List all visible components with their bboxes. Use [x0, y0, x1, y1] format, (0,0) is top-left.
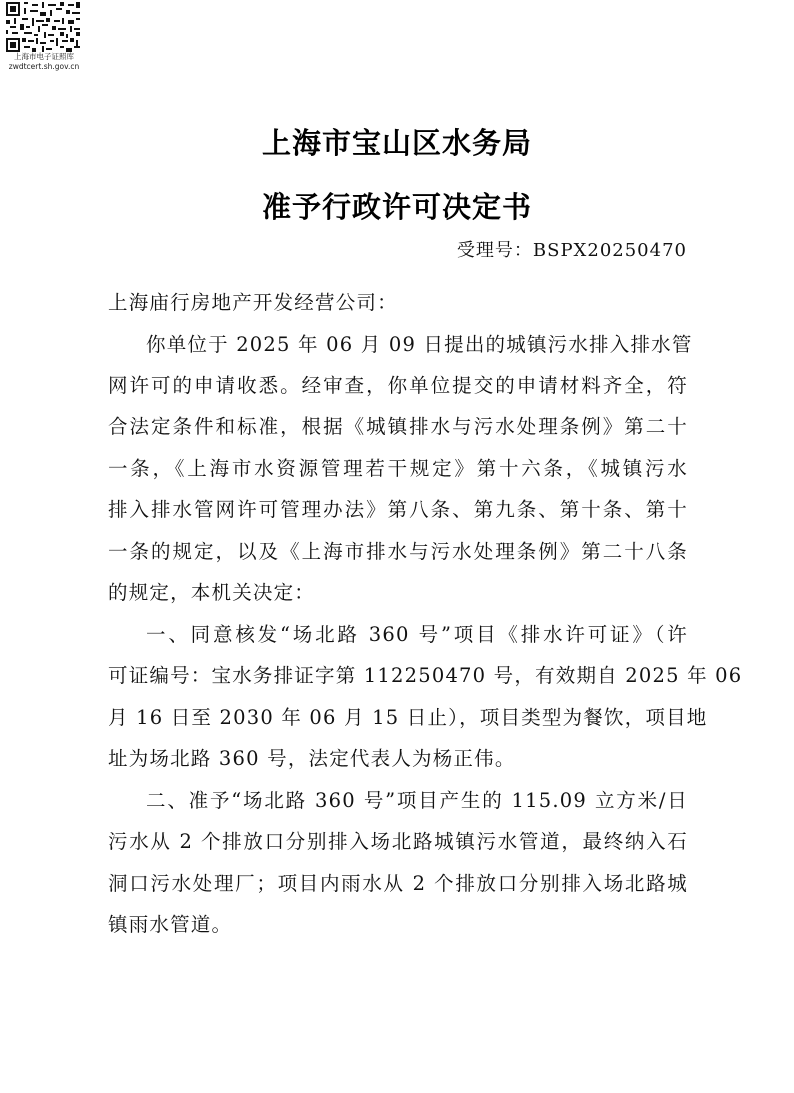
- acceptance-number: 受理号：BSPX20250470: [457, 236, 687, 262]
- paragraph-1-line: 一条的规定，以及《上海市排水与污水处理条例》第二十八条: [108, 536, 688, 564]
- paragraph-2-line: 址为场北路 360 号，法定代表人为杨正伟。: [108, 743, 688, 771]
- paragraph-1-line: 一条，《上海市水资源管理若干规定》第十六条，《城镇污水: [108, 453, 688, 481]
- paragraph-3-line: 镇雨水管道。: [108, 909, 688, 937]
- document-title: 准予行政许可决定书: [0, 185, 794, 226]
- qr-code-icon: [6, 2, 80, 52]
- paragraph-1-line: 排入排水管网许可管理办法》第八条、第九条、第十条、第十: [108, 494, 688, 522]
- paragraph-2-line: 一、同意核发“场北路 360 号”项目《排水许可证》（许: [146, 619, 688, 647]
- addressee: 上海庙行房地产开发经营公司：: [108, 287, 688, 315]
- paragraph-1-line: 网许可的申请收悉。经审查，你单位提交的申请材料齐全，符: [108, 370, 688, 398]
- paragraph-2-line: 月 16 日至 2030 年 06 月 15 日止），项目类型为餐饮，项目地: [108, 702, 688, 730]
- paragraph-1-line: 合法定条件和标准，根据《城镇排水与污水处理条例》第二十: [108, 411, 688, 439]
- qr-caption-name: 上海市电子证照库: [4, 52, 84, 61]
- paragraph-3-line: 洞口污水处理厂；项目内雨水从 2 个排放口分别排入场北路城: [108, 868, 688, 896]
- paragraph-3-line: 污水从 2 个排放口分别排入场北路城镇污水管道，最终纳入石: [108, 826, 688, 854]
- qr-caption-url: zwdtcert.sh.gov.cn: [4, 62, 84, 71]
- agency-title: 上海市宝山区水务局: [0, 121, 794, 162]
- paragraph-3-line: 二、准予“场北路 360 号”项目产生的 115.09 立方米/日: [146, 785, 688, 813]
- paragraph-1-line: 你单位于 2025 年 06 月 09 日提出的城镇污水排入排水管: [146, 329, 688, 357]
- paragraph-2-line: 可证编号：宝水务排证字第 112250470 号，有效期自 2025 年 06: [108, 660, 688, 688]
- paragraph-1-line: 的规定，本机关决定：: [108, 577, 688, 605]
